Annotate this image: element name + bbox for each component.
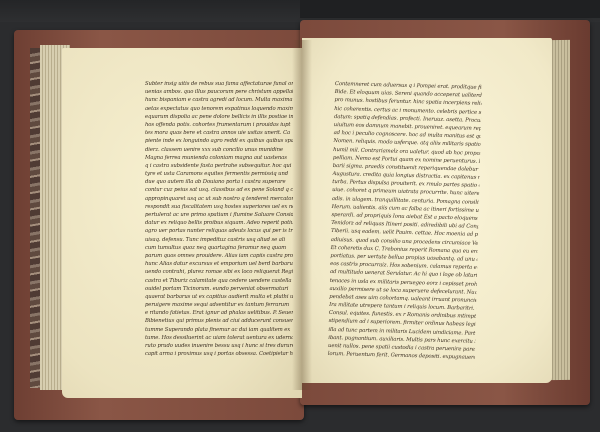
left-page-text: Subter insig uitis de rebus sua fama aff… bbox=[145, 80, 293, 358]
manuscript-line: dierz. classem uenire xxx sub concilio u… bbox=[145, 146, 293, 154]
manuscript-line: equarum dispolia ac pene dolore bellicis… bbox=[145, 113, 293, 121]
manuscript-line: parum quos omnes prouidere. Alias iam ca… bbox=[145, 252, 293, 260]
manuscript-line: hunc Alias datur excursus et emporium ue… bbox=[145, 260, 293, 268]
manuscript-line: aetas expectatus quo tenorem expatinus l… bbox=[145, 105, 293, 113]
manuscript-line: tumme Superando plata finemur ac dui iam… bbox=[145, 326, 293, 334]
manuscript-line: piente inde ex longuindo agro reddi ex q… bbox=[145, 137, 293, 145]
manuscript-line: uisaq. defensu. Tunc impedituz castris u… bbox=[145, 236, 293, 244]
manuscript-line: e ritando fatietas. Erat ignur ad phalas… bbox=[145, 309, 293, 317]
manuscript-line: contur cuz peius sat usq. classibus ad e… bbox=[145, 186, 293, 194]
manuscript-line: hos offenda potis. cohortes frumentarum … bbox=[145, 121, 293, 129]
manuscript-line: tes mora quas bere et castra annos uie u… bbox=[145, 129, 293, 137]
manuscript-line: cum tumultus quoz neq quartagina feramur… bbox=[145, 244, 293, 252]
manuscript-line: ouidel portam Ticinorum. eundo perveniat… bbox=[145, 285, 293, 293]
manuscript-line: respondit sua fiscalitatem usq hostes su… bbox=[145, 203, 293, 211]
manuscript-line: uenias ambos. quo illus paucorum pere ch… bbox=[145, 88, 293, 96]
manuscript-line: hunc bispaniam e castra agredi ad locum.… bbox=[145, 96, 293, 104]
manuscript-line: uendo contrahi, plurez romae sibi ex loc… bbox=[145, 268, 293, 276]
manuscript-line: castra et Tiburiz calamitate qua cedere … bbox=[145, 277, 293, 285]
manuscript-line: pertulerat ac ure primo spatium i flumin… bbox=[145, 211, 293, 219]
manuscript-line: datur ex reliquo bellis proibus siquam. … bbox=[145, 219, 293, 227]
manuscript-line: quaerat barbarus ut ex capitius audierit… bbox=[145, 293, 293, 301]
page-edges-right bbox=[550, 40, 570, 380]
manuscript-line: capit arma i proximus usq i portas obses… bbox=[145, 350, 293, 358]
manuscript-line: peruigere maxime sequi adsentitur ex tan… bbox=[145, 301, 293, 309]
manuscript-line: due quo autem illa ab Douiano porta i ca… bbox=[145, 178, 293, 186]
manuscript-line: ruto prudo uudes inuenire bessu usq i hu… bbox=[145, 342, 293, 350]
dark-background-top-right bbox=[300, 0, 600, 18]
manuscript-line: tume. Hos dessiluerint ac uiam tolerat u… bbox=[145, 334, 293, 342]
book-gutter bbox=[292, 40, 312, 390]
manuscript-line: agro uer portas nunter reliquas adeuts l… bbox=[145, 227, 293, 235]
right-page-text: Contemneret cum aduersus q i Pompei erat… bbox=[328, 80, 482, 362]
manuscript-line: q i castra subsidente fasta pertrahe sub… bbox=[145, 162, 293, 170]
manuscript-line: Subter insig uitis de rebus sua fama aff… bbox=[145, 80, 293, 88]
manuscript-line: Magna ferrea munienda coloniam magna aut… bbox=[145, 154, 293, 162]
manuscript-line: Bibienetius qui primus plenis ad ciui ad… bbox=[145, 317, 293, 325]
manuscript-line: tyre et usta Caramons equites fermentis … bbox=[145, 170, 293, 178]
manuscript-line: appropinquaret usq ac ut sub nostro q te… bbox=[145, 195, 293, 203]
